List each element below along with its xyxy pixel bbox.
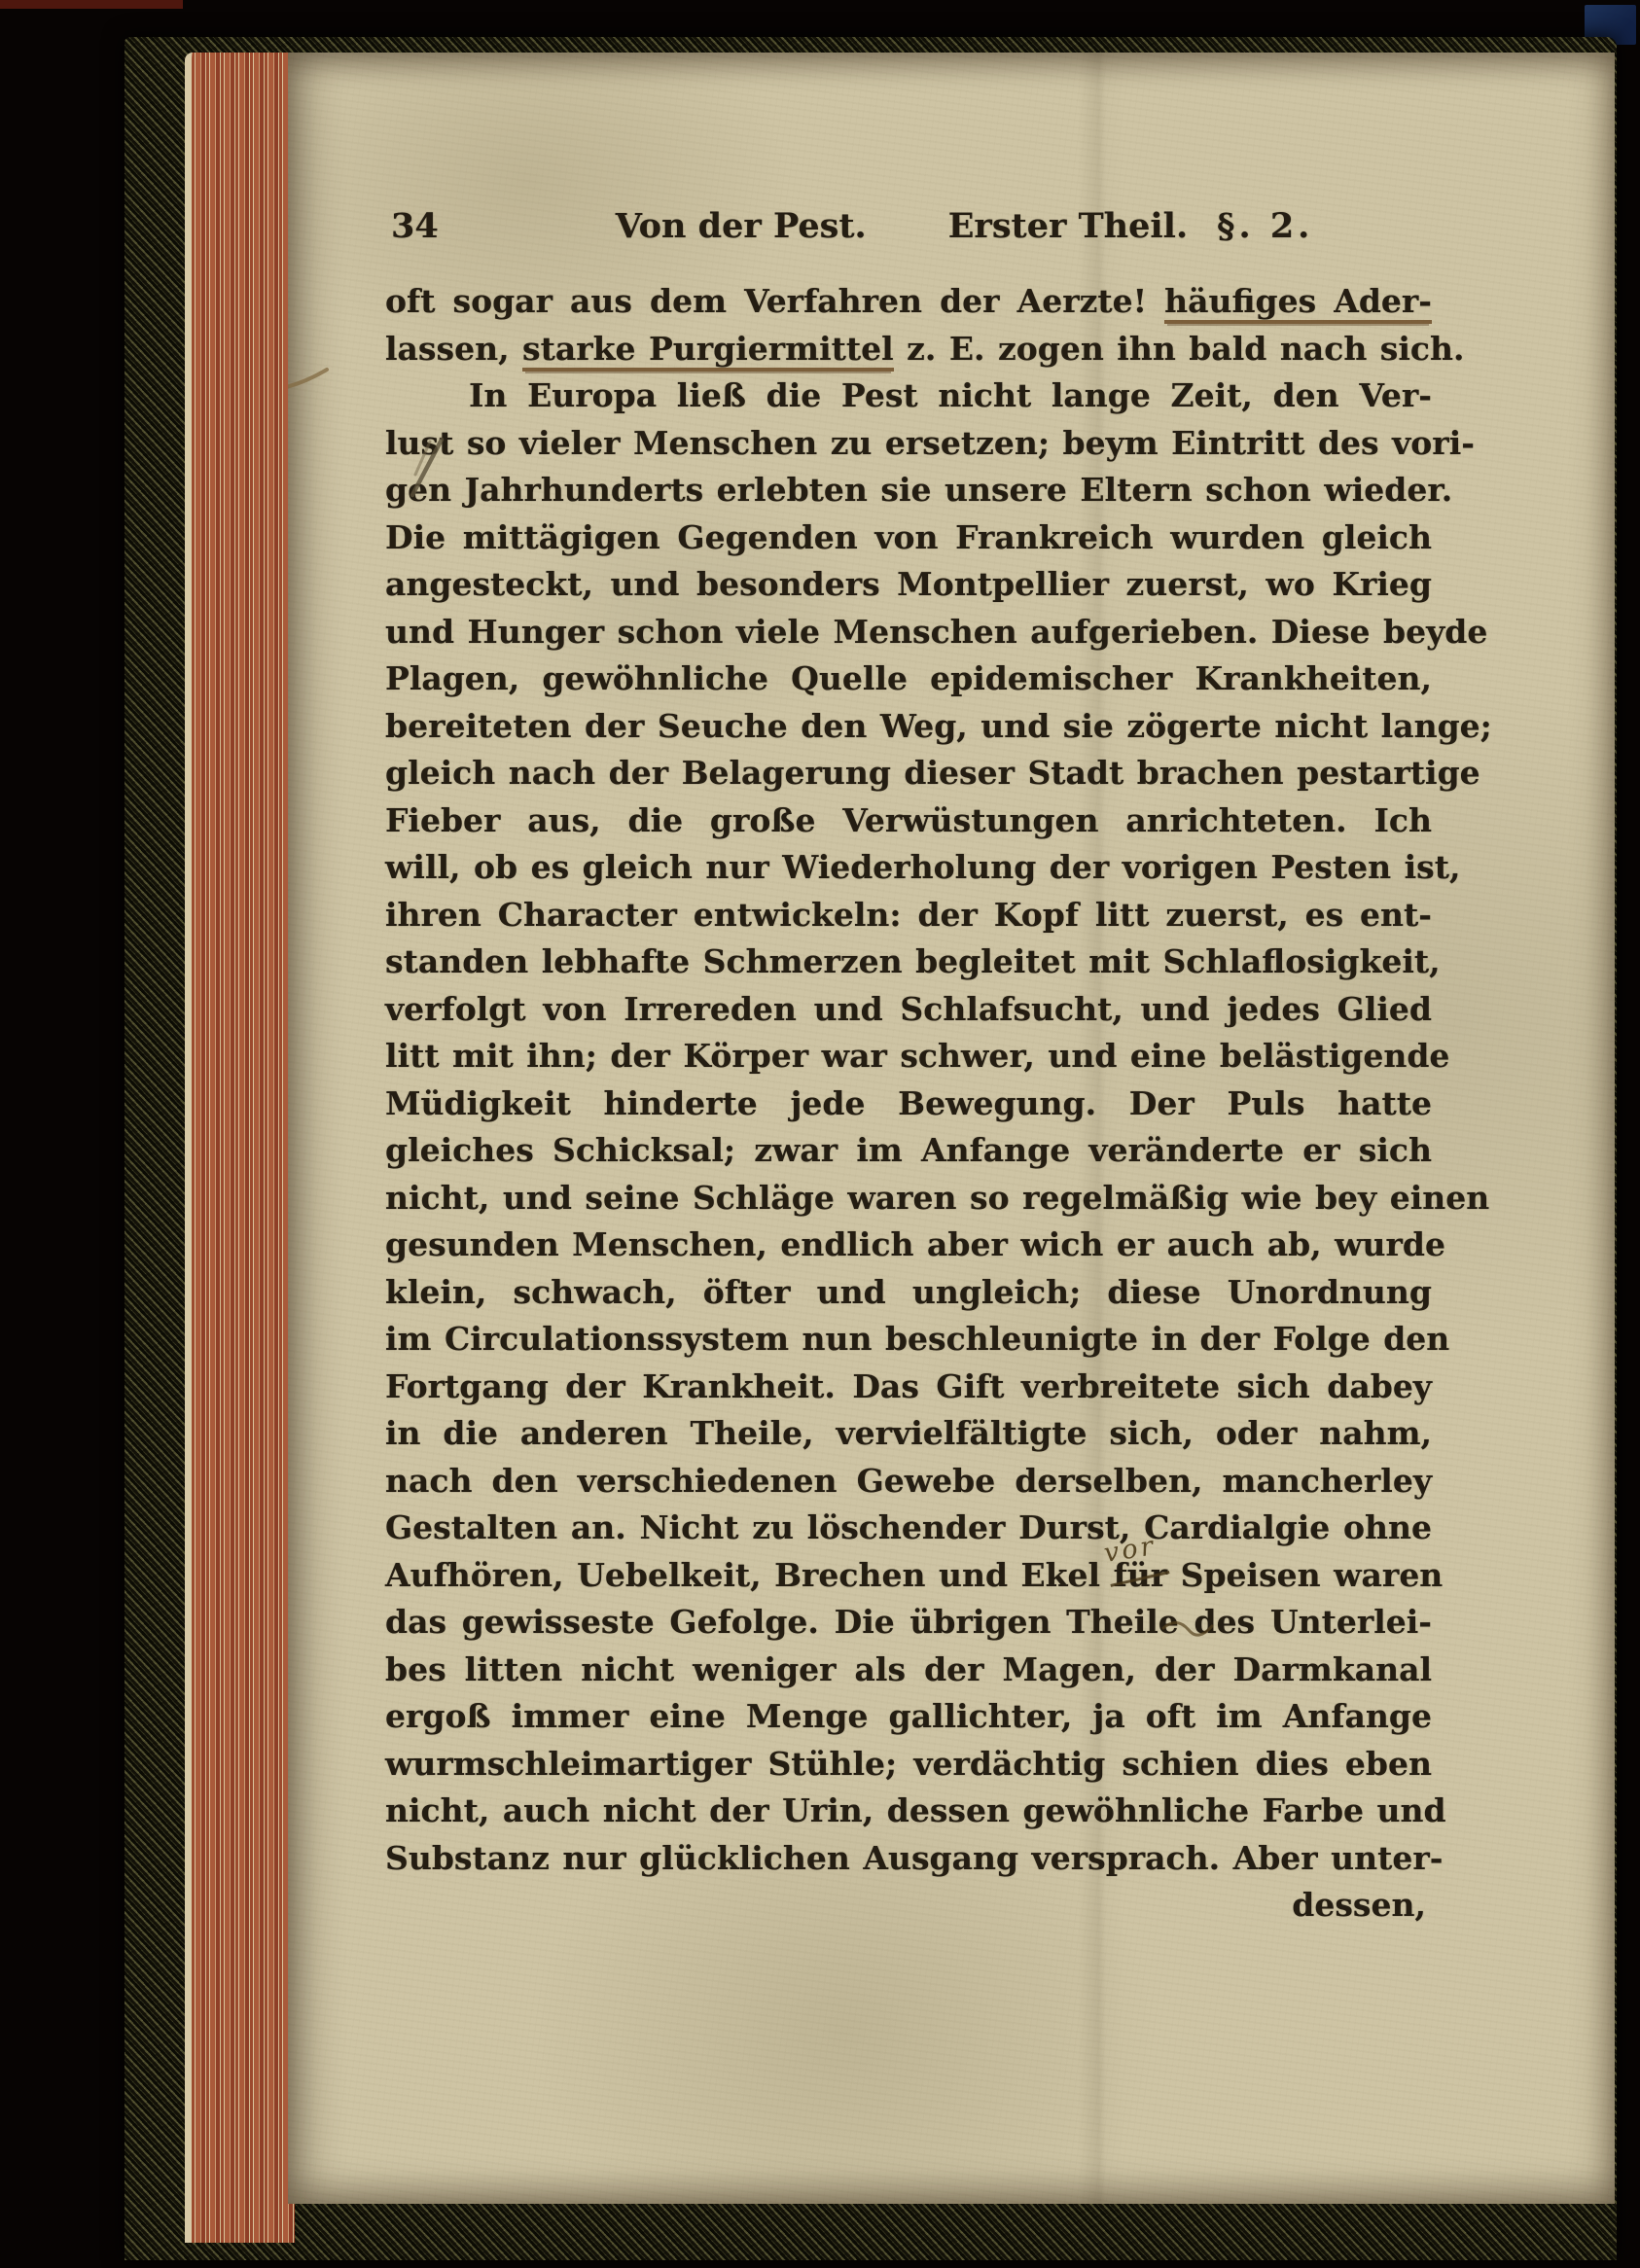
red-sprinkled-page-edges — [185, 53, 295, 2243]
text-line: gen Jahrhunderts erlebten sie unsere Elt… — [385, 467, 1432, 514]
text-segment: ihren Character entwickeln: der Kopf lit… — [385, 896, 1432, 934]
text-segment: will, ob es gleich nur Wiederholung der … — [385, 848, 1460, 886]
text-segment: wurmschleimartiger Stühle; verdächtig sc… — [385, 1745, 1432, 1783]
text-line: Fortgang der Krankheit. Das Gift verbrei… — [385, 1364, 1432, 1411]
text-line: klein, schwach, öfter und ungleich; dies… — [385, 1269, 1432, 1317]
text-segment: im Circulationssystem nun beschleunigte … — [385, 1320, 1449, 1358]
text-line: und Hunger schon viele Menschen aufgerie… — [385, 609, 1432, 656]
text-line: in die anderen Theile, vervielfältigte s… — [385, 1410, 1432, 1458]
text-segment: gesunden Menschen, endlich aber wich er … — [385, 1225, 1445, 1263]
text-line: In Europa ließ die Pest nicht lange Zeit… — [385, 372, 1432, 420]
text-segment: das gewisseste Gefolge. Die übrigen Thei… — [385, 1603, 1432, 1641]
text-line: Substanz nur glücklichen Ausgang verspra… — [385, 1835, 1432, 1883]
text-line: nicht, und seine Schläge waren so regelm… — [385, 1175, 1432, 1223]
ink-underline-text: häufiges Ader- — [1164, 282, 1432, 324]
text-line: Gestalten an. Nicht zu löschender Durst,… — [385, 1505, 1432, 1552]
text-line: ergoß immer eine Menge gallichter, ja of… — [385, 1693, 1432, 1741]
section-mark: §. 2. — [1217, 206, 1313, 246]
text-segment: und Hunger schon viele Menschen aufgerie… — [385, 613, 1487, 651]
text-segment: nach den verschiedenen Gewebe derselben,… — [385, 1462, 1432, 1500]
text-lines: oft sogar aus dem Verfahren der Aerzte! … — [385, 278, 1432, 1882]
text-segment: standen lebhafte Schmerzen begleitet mit… — [385, 942, 1441, 980]
text-segment: z. E. zogen ihn bald nach sich. — [894, 330, 1465, 368]
text-line: will, ob es gleich nur Wiederholung der … — [385, 844, 1432, 892]
running-title: Von der Pest. — [616, 206, 867, 246]
text-segment: Gestalten an. Nicht zu löschender Durst,… — [385, 1508, 1432, 1546]
text-line: ihren Character entwickeln: der Kopf lit… — [385, 892, 1432, 939]
text-line: angesteckt, und besonders Montpellier zu… — [385, 561, 1432, 609]
text-line: litt mit ihn; der Körper war schwer, und… — [385, 1033, 1432, 1081]
text-segment: gleiches Schicksal; zwar im Anfange verä… — [385, 1131, 1432, 1169]
text-segment: Substanz nur glücklichen Ausgang verspra… — [385, 1839, 1443, 1877]
text-line: Die mittägigen Gegenden von Frankreich w… — [385, 514, 1432, 562]
text-line: Plagen, gewöhnliche Quelle epidemischer … — [385, 656, 1432, 703]
scanned-book-photo: { "header": { "page_number": "34", "titl… — [0, 0, 1640, 2268]
text-line: gleiches Schicksal; zwar im Anfange verä… — [385, 1127, 1432, 1175]
text-segment: nicht, auch nicht der Urin, dessen gewöh… — [385, 1791, 1446, 1829]
text-line: im Circulationssystem nun beschleunigte … — [385, 1316, 1432, 1364]
scan-edge-red-sliver — [0, 0, 183, 9]
text-segment: Fortgang der Krankheit. Das Gift verbrei… — [385, 1367, 1432, 1405]
ink-underline-text: starke Purgiermittel — [522, 330, 894, 372]
text-line: Müdigkeit hinderte jede Bewegung. Der Pu… — [385, 1081, 1432, 1128]
handwritten-insert: vor — [1100, 1523, 1159, 1577]
text-segment: bes litten nicht weniger als der Magen, … — [385, 1650, 1432, 1688]
ink-struck-text: fürvor — [1114, 1556, 1168, 1594]
text-line: Fieber aus, die große Verwüstungen anric… — [385, 797, 1432, 845]
text-line: nach den verschiedenen Gewebe derselben,… — [385, 1458, 1432, 1506]
text-segment: Speisen waren — [1167, 1556, 1443, 1594]
text-line: wurmschleimartiger Stühle; verdächtig sc… — [385, 1741, 1432, 1789]
book-page: 34Von der Pest.Erster Theil.§. 2. oft so… — [288, 53, 1615, 2204]
text-line: lust so vieler Menschen zu ersetzen; bey… — [385, 420, 1432, 468]
text-segment: klein, schwach, öfter und ungleich; dies… — [385, 1273, 1432, 1311]
page-number: 34 — [391, 206, 439, 246]
text-line: nicht, auch nicht der Urin, dessen gewöh… — [385, 1788, 1432, 1835]
text-line: verfolgt von Irrereden und Schlafsucht, … — [385, 986, 1432, 1034]
text-line: Aufhören, Uebelkeit, Brechen und Ekel fü… — [385, 1552, 1432, 1600]
text-segment: bereiteten der Seuche den Weg, und sie z… — [385, 707, 1492, 745]
text-segment: angesteckt, und besonders Montpellier zu… — [385, 565, 1432, 603]
running-header: 34Von der Pest.Erster Theil.§. 2. — [385, 206, 1432, 246]
text-line: das gewisseste Gefolge. Die übrigen Thei… — [385, 1599, 1432, 1647]
text-segment: lassen, — [385, 330, 522, 368]
text-segment: Aufhören, Uebelkeit, Brechen und Ekel — [385, 1556, 1114, 1594]
text-segment: lust so vieler Menschen zu ersetzen; bey… — [385, 424, 1475, 462]
text-segment: ergoß immer eine Menge gallichter, ja of… — [385, 1697, 1432, 1735]
text-line: bes litten nicht weniger als der Magen, … — [385, 1647, 1432, 1694]
text-line: gesunden Menschen, endlich aber wich er … — [385, 1222, 1432, 1269]
text-segment: verfolgt von Irrereden und Schlafsucht, … — [385, 990, 1432, 1028]
text-line: gleich nach der Belagerung dieser Stadt … — [385, 750, 1432, 797]
text-segment: In Europa ließ die Pest nicht lange Zeit… — [469, 376, 1432, 414]
text-line: standen lebhafte Schmerzen begleitet mit… — [385, 939, 1432, 986]
text-block: oft sogar aus dem Verfahren der Aerzte! … — [385, 278, 1432, 1930]
text-segment: gen Jahrhunderts erlebten sie unsere Elt… — [385, 471, 1452, 509]
part-title: Erster Theil. — [948, 206, 1188, 246]
text-line: lassen, starke Purgiermittel z. E. zogen… — [385, 326, 1432, 373]
text-segment: in die anderen Theile, vervielfältigte s… — [385, 1414, 1432, 1452]
catchword: dessen, — [385, 1882, 1432, 1930]
text-segment: nicht, und seine Schläge waren so regelm… — [385, 1179, 1489, 1217]
text-segment: Müdigkeit hinderte jede Bewegung. Der Pu… — [385, 1084, 1432, 1122]
text-segment: Fieber aus, die große Verwüstungen anric… — [385, 801, 1432, 839]
text-segment: Plagen, gewöhnliche Quelle epidemischer … — [385, 659, 1432, 697]
text-segment: gleich nach der Belagerung dieser Stadt … — [385, 754, 1480, 792]
text-segment: oft sogar aus dem Verfahren der Aerzte! — [385, 282, 1164, 320]
text-line: bereiteten der Seuche den Weg, und sie z… — [385, 703, 1432, 751]
text-line: oft sogar aus dem Verfahren der Aerzte! … — [385, 278, 1432, 326]
text-segment: Die mittägigen Gegenden von Frankreich w… — [385, 518, 1432, 556]
text-segment: litt mit ihn; der Körper war schwer, und… — [385, 1037, 1449, 1075]
pencil-stroke-mark — [288, 370, 327, 392]
